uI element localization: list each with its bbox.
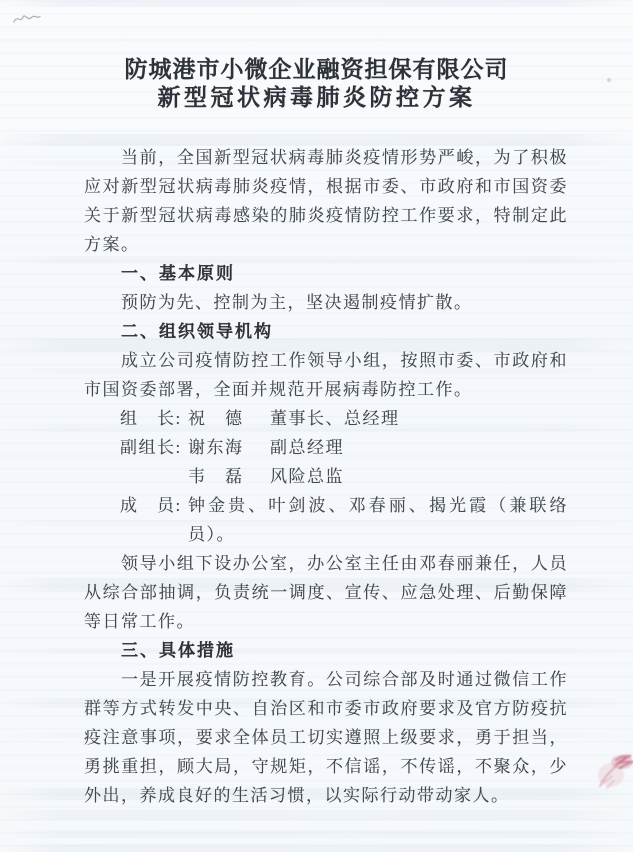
leader-row-group-leader: 组 长: 祝 德 董事长、总经理 bbox=[120, 404, 568, 433]
title-line-2: 新型冠状病毒肺炎防控方案 bbox=[0, 84, 633, 112]
scan-streak-band bbox=[0, 810, 633, 820]
paragraph-intro: 当前，全国新型冠状病毒肺炎疫情形势严峻，为了积极应对新型冠状病毒肺炎疫情，根据市… bbox=[84, 143, 568, 259]
leader-title: 副总经理 bbox=[270, 433, 568, 462]
leader-row-deputy-leader-2: 韦 磊 风险总监 bbox=[120, 462, 568, 491]
pink-ink-smudge-mark bbox=[594, 748, 633, 798]
leader-role-label: 成 员: bbox=[120, 491, 188, 549]
pencil-squiggle-mark bbox=[13, 11, 41, 27]
scan-streak-band bbox=[0, 830, 633, 838]
section-heading-basic-principles: 一、基本原则 bbox=[84, 259, 568, 288]
leader-title: 董事长、总经理 bbox=[270, 404, 568, 433]
paragraph-office-note: 领导小组下设办公室，办公室主任由邓春丽兼任，人员从综合部抽调，负责统一调度、宣传… bbox=[84, 549, 568, 636]
paragraph-measure-1: 一是开展疫情防控教育。公司综合部及时通过微信工作群等方式转发中央、自治区和市委市… bbox=[84, 665, 568, 810]
scan-streak-band bbox=[0, 0, 633, 7]
section-heading-leadership: 二、组织领导机构 bbox=[84, 317, 568, 346]
paragraph-leadership-intro: 成立公司疫情防控工作领导小组，按照市委、市政府和市国资委部署，全面并规范开展病毒… bbox=[84, 346, 568, 404]
leader-name: 韦 磊 bbox=[188, 462, 270, 491]
leader-name: 祝 德 bbox=[188, 404, 270, 433]
scan-streak-band bbox=[0, 844, 633, 852]
leader-role-label: 副组长: bbox=[120, 433, 188, 462]
leader-title: 风险总监 bbox=[270, 462, 568, 491]
scanned-document-page: 防城港市小微企业融资担保有限公司 新型冠状病毒肺炎防控方案 当前，全国新型冠状病… bbox=[0, 0, 633, 852]
paragraph-basic-principles: 预防为先、控制为主，坚决遏制疫情扩散。 bbox=[84, 288, 568, 317]
leader-name: 谢东海 bbox=[188, 433, 270, 462]
leader-row-deputy-leader-1: 副组长: 谢东海 副总经理 bbox=[120, 433, 568, 462]
leader-row-members: 成 员: 钟金贵、叶剑波、邓春丽、揭光霞（兼联络员）。 bbox=[120, 491, 568, 549]
title-line-1: 防城港市小微企业融资担保有限公司 bbox=[0, 56, 633, 84]
document-title: 防城港市小微企业融资担保有限公司 新型冠状病毒肺炎防控方案 bbox=[0, 56, 633, 112]
member-names: 钟金贵、叶剑波、邓春丽、揭光霞（兼联络员）。 bbox=[188, 491, 568, 549]
leader-role-label bbox=[120, 462, 188, 491]
section-heading-measures: 三、具体措施 bbox=[84, 636, 568, 665]
document-body: 当前，全国新型冠状病毒肺炎疫情形势严峻，为了积极应对新型冠状病毒肺炎疫情，根据市… bbox=[84, 143, 568, 810]
leader-role-label: 组 长: bbox=[120, 404, 188, 433]
